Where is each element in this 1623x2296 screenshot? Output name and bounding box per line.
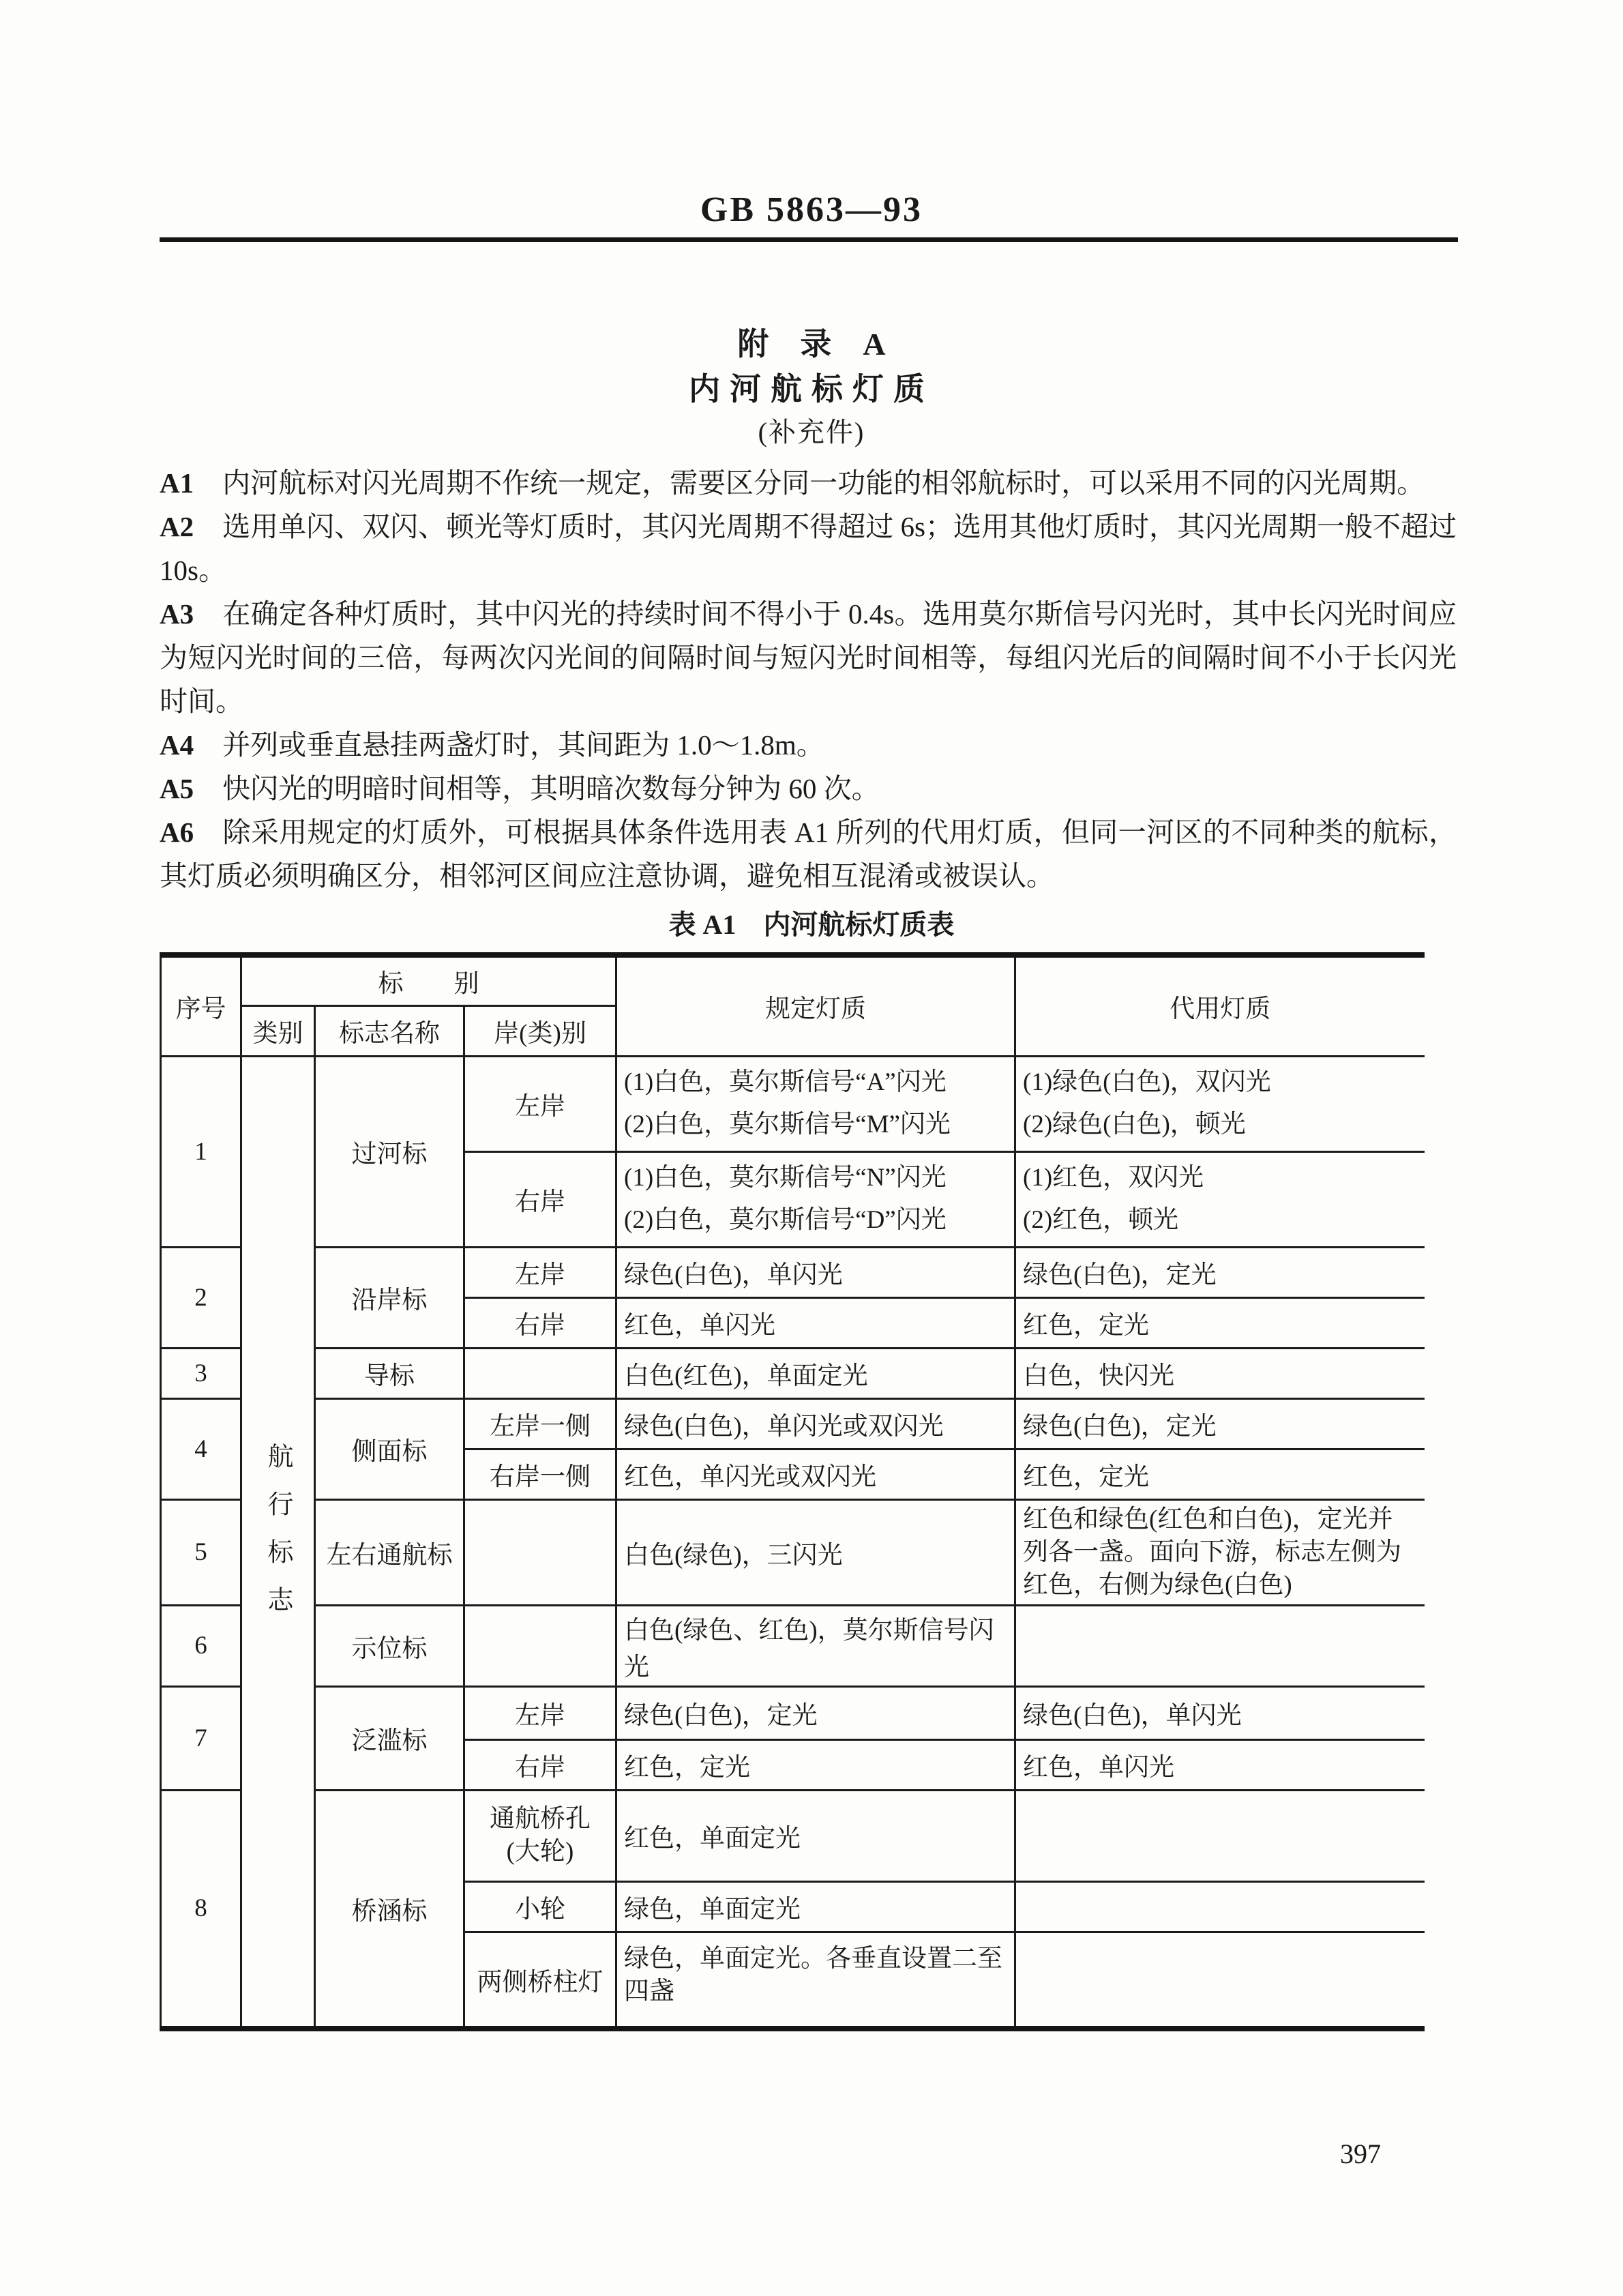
- appendix-note: (补充件): [0, 411, 1623, 450]
- table-row: 2 沿岸标 左岸 绿色(白色)，单闪光 绿色(白色)，定光: [161, 1247, 1425, 1297]
- cell-seq: 2: [161, 1247, 241, 1348]
- cell-bank: [464, 1605, 616, 1686]
- cell-substitute: 红色，定光: [1015, 1449, 1425, 1499]
- cell-prescribed: (1)白色，莫尔斯信号“A”闪光 (2)白色，莫尔斯信号“M”闪光: [616, 1056, 1015, 1151]
- table-row: 8 桥涵标 通航桥孔 (大轮) 红色，单面定光: [161, 1790, 1425, 1881]
- cell-substitute: (1)绿色(白色)，双闪光 (2)绿色(白色)，顿光: [1015, 1056, 1425, 1151]
- page-number: 397: [160, 2138, 1423, 2170]
- table-row: 5 左右通航标 白色(绿色)，三闪光 红色和绿色(红色和白色)，定光并列各一盏。…: [161, 1499, 1425, 1605]
- cell-prescribed: 白色(绿色)，三闪光: [616, 1499, 1015, 1605]
- appendix-subtitle: 内河航标灯质: [0, 364, 1623, 409]
- table-title: 表 A1 内河航标灯质表: [0, 903, 1623, 942]
- clause-paragraph: A4并列或垂直悬挂两盏灯时，其间距为 1.0～1.8m。: [160, 723, 1457, 767]
- cell-substitute: 绿色(白色)，定光: [1015, 1398, 1425, 1449]
- document-page: GB 5863—93 附 录 A 内河航标灯质 (补充件) A1内河航标对闪光周…: [0, 0, 1623, 2296]
- clause-label: A1: [160, 467, 194, 499]
- appendix-title: 附 录 A: [0, 319, 1623, 364]
- cell-bank: 右岸一侧: [464, 1449, 616, 1499]
- cell-bank: 右岸: [464, 1297, 616, 1348]
- clause-text: 内河航标对闪光周期不作统一规定，需要区分同一功能的相邻航标时，可以采用不同的闪光…: [222, 467, 1425, 499]
- cell-bank: [464, 1499, 616, 1605]
- cell-seq: 3: [161, 1348, 241, 1398]
- cell-prescribed: 白色(红色)，单面定光: [616, 1348, 1015, 1398]
- cell-category: 航行标志: [241, 1056, 315, 2029]
- cell-bank: 小轮: [464, 1881, 616, 1932]
- cell-prescribed: 绿色(白色)，单闪光: [616, 1247, 1015, 1297]
- clause-label: A4: [160, 729, 194, 761]
- clauses-section: A1内河航标对闪光周期不作统一规定，需要区分同一功能的相邻航标时，可以采用不同的…: [160, 461, 1457, 898]
- cell-substitute: 红色，单闪光: [1015, 1739, 1425, 1790]
- col-header-prescribed: 规定灯质: [616, 955, 1015, 1056]
- cell-bank: 右岸: [464, 1739, 616, 1790]
- cell-mark-name: 示位标: [315, 1605, 464, 1686]
- col-header-category: 类别: [241, 1005, 315, 1056]
- cell-substitute: (1)红色，双闪光 (2)红色，顿光: [1015, 1151, 1425, 1247]
- cell-prescribed: 红色，单面定光: [616, 1790, 1015, 1881]
- cell-bank: 左岸: [464, 1247, 616, 1297]
- cell-bank: 两侧桥柱灯: [464, 1932, 616, 2029]
- cell-mark-name: 过河标: [315, 1056, 464, 1247]
- clause-text: 在确定各种灯质时，其中闪光的持续时间不得小于 0.4s。选用莫尔斯信号闪光时，其…: [160, 598, 1457, 717]
- cell-seq: 7: [161, 1686, 241, 1790]
- table-row: 3 导标 白色(红色)，单面定光 白色，快闪光: [161, 1348, 1425, 1398]
- clause-paragraph: A6除采用规定的灯质外，可根据具体条件选用表 A1 所列的代用灯质，但同一河区的…: [160, 810, 1457, 898]
- cell-seq: 6: [161, 1605, 241, 1686]
- table-row: 6 示位标 白色(绿色、红色)，莫尔斯信号闪光: [161, 1605, 1425, 1686]
- col-header-bank: 岸(类)别: [464, 1005, 616, 1056]
- cell-bank: 右岸: [464, 1151, 616, 1247]
- cell-prescribed: 绿色(白色)，单闪光或双闪光: [616, 1398, 1015, 1449]
- clause-text: 除采用规定的灯质外，可根据具体条件选用表 A1 所列的代用灯质，但同一河区的不同…: [160, 816, 1457, 892]
- header-rule: [160, 237, 1458, 242]
- cell-prescribed: 白色(绿色、红色)，莫尔斯信号闪光: [616, 1605, 1015, 1686]
- category-vertical-label: 航行标志: [259, 1443, 297, 1634]
- clause-label: A6: [160, 816, 194, 848]
- cell-mark-name: 桥涵标: [315, 1790, 464, 2029]
- cell-substitute: 红色，定光: [1015, 1297, 1425, 1348]
- table-row: 1 航行标志 过河标 左岸 (1)白色，莫尔斯信号“A”闪光 (2)白色，莫尔斯…: [161, 1056, 1425, 1151]
- cell-mark-name: 泛滥标: [315, 1686, 464, 1790]
- cell-mark-name: 左右通航标: [315, 1499, 464, 1605]
- cell-prescribed: 绿色(白色)，定光: [616, 1686, 1015, 1739]
- cell-seq: 4: [161, 1398, 241, 1499]
- clause-text: 并列或垂直悬挂两盏灯时，其间距为 1.0～1.8m。: [222, 729, 824, 761]
- col-header-group: 标 别: [241, 955, 616, 1005]
- cell-seq: 5: [161, 1499, 241, 1605]
- cell-prescribed: 绿色，单面定光: [616, 1881, 1015, 1932]
- clause-paragraph: A1内河航标对闪光周期不作统一规定，需要区分同一功能的相邻航标时，可以采用不同的…: [160, 461, 1457, 505]
- cell-seq: 1: [161, 1056, 241, 1247]
- cell-prescribed: 红色，单闪光: [616, 1297, 1015, 1348]
- cell-seq: 8: [161, 1790, 241, 2029]
- cell-substitute: [1015, 1932, 1425, 2029]
- clause-paragraph: A3在确定各种灯质时，其中闪光的持续时间不得小于 0.4s。选用莫尔斯信号闪光时…: [160, 592, 1457, 723]
- clause-text: 快闪光的明暗时间相等，其明暗次数每分钟为 60 次。: [222, 773, 880, 804]
- cell-mark-name: 侧面标: [315, 1398, 464, 1499]
- cell-bank: [464, 1348, 616, 1398]
- cell-substitute: 白色，快闪光: [1015, 1348, 1425, 1398]
- col-header-seq: 序号: [161, 955, 241, 1056]
- cell-substitute: [1015, 1790, 1425, 1881]
- lights-table: 序号 标 别 规定灯质 代用灯质 类别 标志名称 岸(类)别 1 航行标志 过河…: [160, 952, 1425, 2031]
- cell-substitute: [1015, 1881, 1425, 1932]
- table-row: 4 侧面标 左岸一侧 绿色(白色)，单闪光或双闪光 绿色(白色)，定光: [161, 1398, 1425, 1449]
- col-header-name: 标志名称: [315, 1005, 464, 1056]
- cell-bank: 左岸: [464, 1686, 616, 1739]
- cell-prescribed: 红色，定光: [616, 1739, 1015, 1790]
- cell-substitute: [1015, 1605, 1425, 1686]
- col-header-substitute: 代用灯质: [1015, 955, 1425, 1056]
- clause-label: A3: [160, 598, 194, 630]
- clause-paragraph: A5快闪光的明暗时间相等，其明暗次数每分钟为 60 次。: [160, 767, 1457, 810]
- clause-label: A5: [160, 773, 194, 804]
- cell-substitute: 绿色(白色)，定光: [1015, 1247, 1425, 1297]
- clause-paragraph: A2选用单闪、双闪、顿光等灯质时，其闪光周期不得超过 6s；选用其他灯质时，其闪…: [160, 505, 1457, 592]
- cell-prescribed: 红色，单闪光或双闪光: [616, 1449, 1015, 1499]
- cell-mark-name: 导标: [315, 1348, 464, 1398]
- standard-code: GB 5863—93: [0, 190, 1623, 230]
- cell-substitute: 绿色(白色)，单闪光: [1015, 1686, 1425, 1739]
- cell-bank: 左岸一侧: [464, 1398, 616, 1449]
- cell-mark-name: 沿岸标: [315, 1247, 464, 1348]
- cell-prescribed: 绿色，单面定光。各垂直设置二至四盏: [616, 1932, 1015, 2029]
- table-row: 7 泛滥标 左岸 绿色(白色)，定光 绿色(白色)，单闪光: [161, 1686, 1425, 1739]
- cell-substitute: 红色和绿色(红色和白色)，定光并列各一盏。面向下游，标志左侧为红色，右侧为绿色(…: [1015, 1499, 1425, 1605]
- cell-bank: 左岸: [464, 1056, 616, 1151]
- clause-label: A2: [160, 511, 194, 542]
- clause-text: 选用单闪、双闪、顿光等灯质时，其闪光周期不得超过 6s；选用其他灯质时，其闪光周…: [160, 511, 1457, 586]
- cell-prescribed: (1)白色，莫尔斯信号“N”闪光 (2)白色，莫尔斯信号“D”闪光: [616, 1151, 1015, 1247]
- cell-bank: 通航桥孔 (大轮): [464, 1790, 616, 1881]
